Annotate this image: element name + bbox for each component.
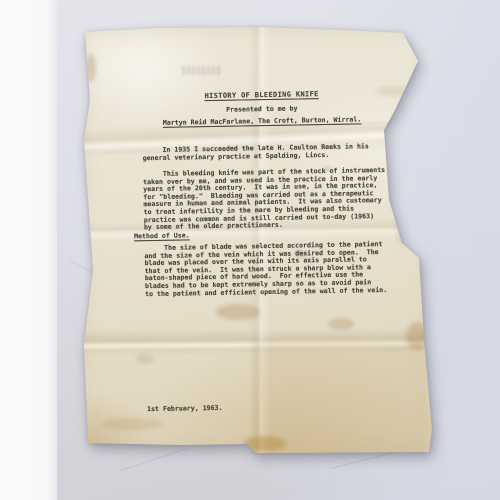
stain-mark — [136, 354, 154, 364]
stain-mark — [86, 54, 96, 82]
letter-paper: HISTORY OF BLEEDING KNIFE Presented to m… — [78, 24, 434, 458]
recipient-line: Martyn Reid MacFarlane, The Croft, Burto… — [142, 116, 394, 128]
embossed-stamp-mark — [182, 66, 220, 75]
photo-backdrop: HISTORY OF BLEEDING KNIFE Presented to m… — [0, 0, 500, 500]
stain-mark — [102, 418, 164, 430]
paragraph-method: The size of blade was selected according… — [144, 241, 397, 299]
stain-mark — [328, 318, 354, 330]
letter-title: HISTORY OF BLEEDING KNIFE — [142, 90, 394, 102]
backdrop-white-strip — [0, 0, 57, 500]
method-of-use-heading: Method of Use. — [134, 229, 386, 241]
presented-line: Presented to me by — [142, 104, 394, 116]
letter-text: HISTORY OF BLEEDING KNIFE Presented to m… — [140, 22, 392, 26]
paragraph-history: This bleeding knife was part of the stoc… — [143, 167, 396, 232]
stain-mark — [216, 304, 260, 320]
paper-sheet: HISTORY OF BLEEDING KNIFE Presented to m… — [78, 24, 434, 458]
paragraph-succession: In 1935 I succeeded the late H. Caulton … — [143, 143, 395, 163]
aged-panel — [254, 342, 426, 454]
stain-mark — [396, 202, 410, 244]
